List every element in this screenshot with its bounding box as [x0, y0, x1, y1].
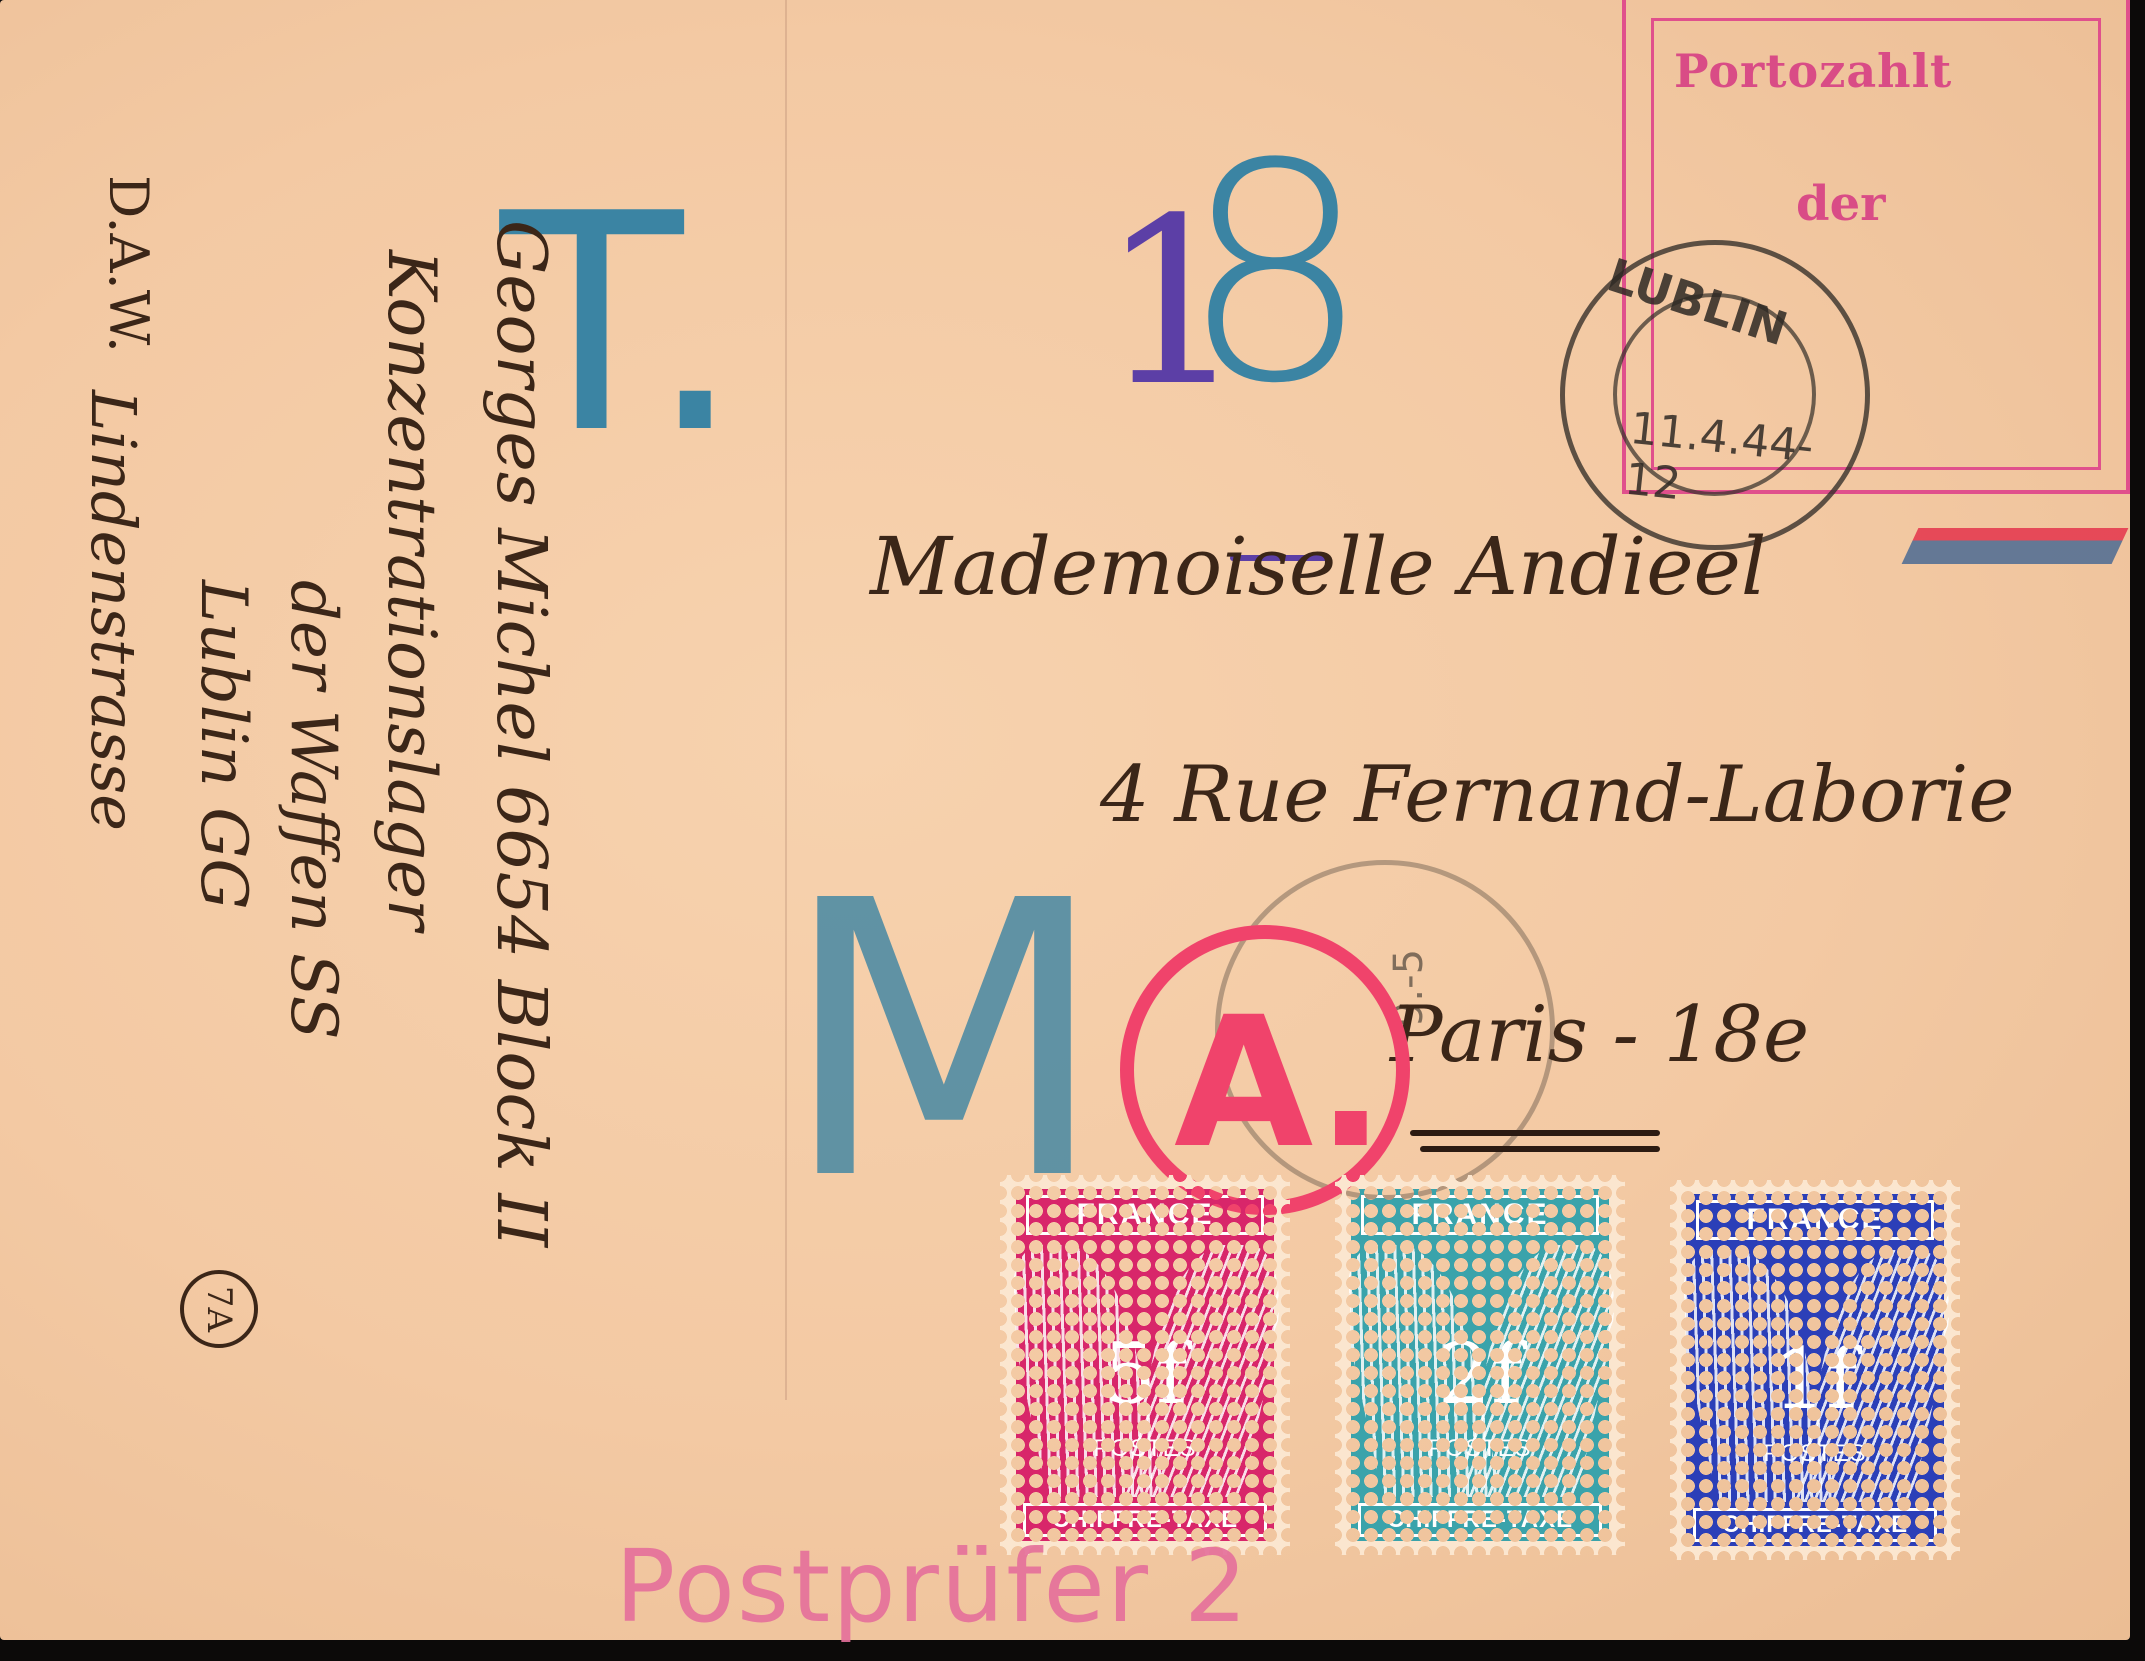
postmark-date: 11.4.44-12: [1622, 403, 1869, 529]
stamp-country: FRANCE: [1026, 1195, 1264, 1235]
stamp-postes-label: POSTES: [1351, 1435, 1609, 1463]
sender-line-6: D.A.W.: [97, 175, 160, 353]
recipient-line-3: Paris - 18e: [1390, 990, 1809, 1080]
stamp-design: FRANCE 2f POSTES CHIFFRE-TAXE: [1351, 1189, 1609, 1541]
postage-due-stamp-5f: FRANCE 5f POSTES CHIFFRE-TAXE: [1000, 1175, 1290, 1555]
censor-circle-mark: A.: [1120, 925, 1410, 1215]
stamp-type: CHIFFRE-TAXE: [1693, 1508, 1936, 1542]
sender-box-number: 7A: [180, 1270, 258, 1348]
stamp-value: 5f: [1016, 1325, 1274, 1423]
censor-label: A.: [1174, 979, 1385, 1188]
stamp-postes-label: POSTES: [1686, 1440, 1944, 1468]
recipient-line-2: 4 Rue Fernand-Laborie: [1100, 750, 2014, 840]
postage-due-stamp-1f: FRANCE 1f POSTES CHIFFRE-TAXE: [1670, 1180, 1960, 1560]
stamp-design: FRANCE 1f POSTES CHIFFRE-TAXE: [1686, 1194, 1944, 1546]
airmail-stripe: [1902, 528, 2129, 564]
stamp-country: FRANCE: [1361, 1195, 1599, 1235]
stamp-design: FRANCE 5f POSTES CHIFFRE-TAXE: [1016, 1189, 1274, 1541]
stamp-value: 1f: [1686, 1330, 1944, 1428]
sender-line-1: Georges Michel 6654 Block II: [481, 220, 560, 1247]
box-number-text: 7A: [199, 1286, 239, 1332]
stamp-type: CHIFFRE-TAXE: [1358, 1503, 1601, 1537]
tax-amount: 8: [1180, 100, 1371, 449]
meter-text-der: der: [1796, 176, 1885, 232]
recipient-line-1: Mademoiselle Andieel: [870, 520, 1766, 613]
postpruefer-mark: Postprüfer 2: [615, 1528, 1249, 1645]
sender-line-2: Konzentrationslager: [373, 250, 450, 931]
lublin-postmark: LUBLIN 11.4.44-12: [1560, 240, 1870, 550]
wheat-sheaf-icon: 5f POSTES: [1016, 1235, 1274, 1503]
stamp-value: 2f: [1351, 1325, 1609, 1423]
meter-text-portozahlt: Portozahlt: [1674, 44, 1952, 98]
paris-underline-2: [1420, 1146, 1660, 1152]
wheat-sheaf-icon: 1f POSTES: [1686, 1240, 1944, 1508]
postage-due-stamp-2f: FRANCE 2f POSTES CHIFFRE-TAXE: [1335, 1175, 1625, 1555]
sender-line-3: der Waffen SS: [276, 580, 350, 1040]
stamp-country: FRANCE: [1696, 1200, 1934, 1240]
envelope: Portozahlt der LUBLIN 11.4.44-12 9.-5 T.…: [0, 0, 2130, 1640]
sender-line-4: Lublin GG: [186, 580, 260, 909]
sender-line-5: Lindenstrasse: [77, 390, 150, 831]
wheat-sheaf-icon: 2f POSTES: [1351, 1235, 1609, 1503]
stamp-postes-label: POSTES: [1016, 1435, 1274, 1463]
paris-underline: [1410, 1130, 1660, 1136]
